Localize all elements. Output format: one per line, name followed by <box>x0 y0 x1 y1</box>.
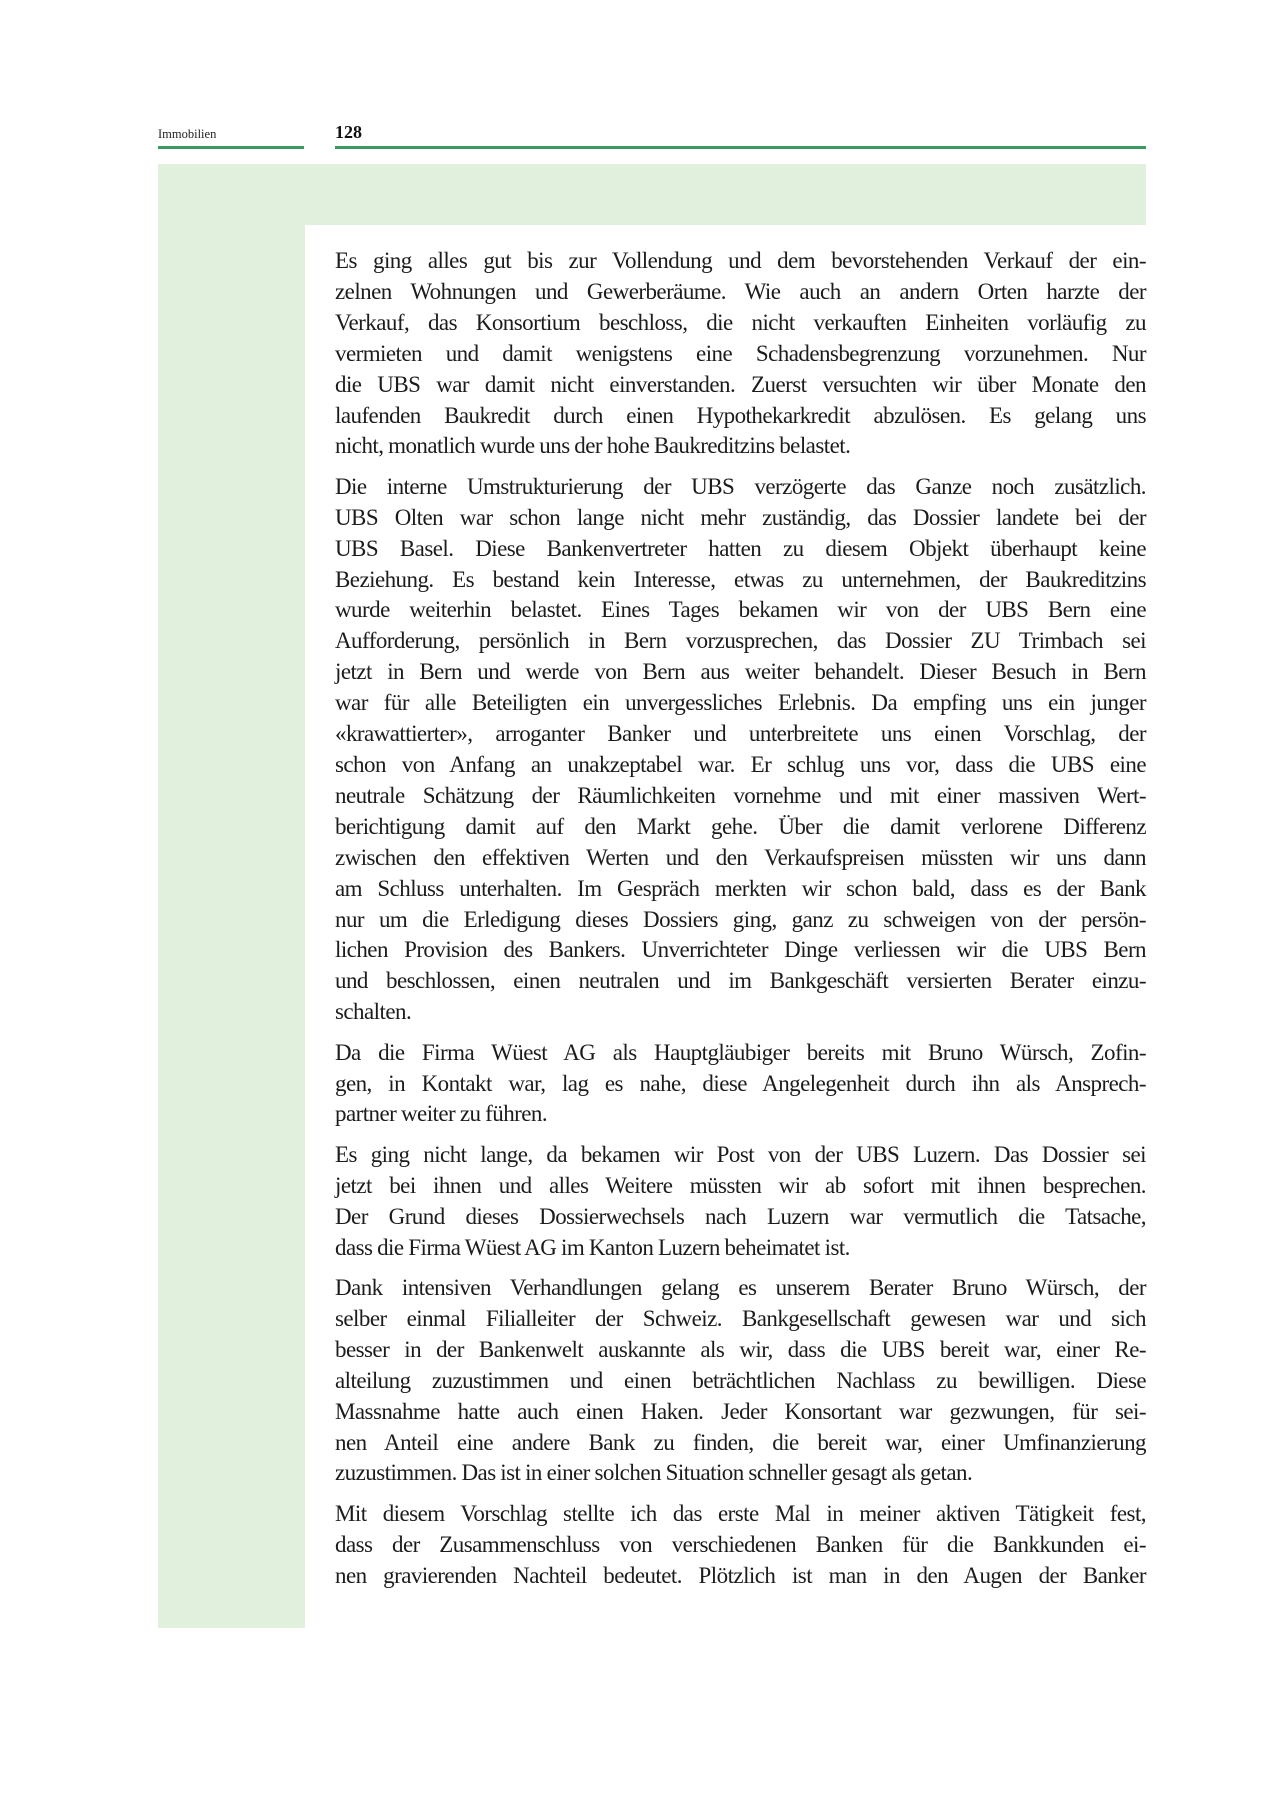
text-line: nur um die Erledigung dieses Dossiers gi… <box>335 905 1146 936</box>
text-line: Mit diesem Vorschlag stellte ich das ers… <box>335 1499 1146 1530</box>
text-line: war für alle Beteiligten ein unvergessli… <box>335 688 1146 719</box>
body-text: Es ging alles gut bis zur Vollendung und… <box>335 246 1146 1601</box>
text-line: zuzustimmen. Das ist in einer solchen Si… <box>335 1458 1146 1489</box>
text-line: UBS Olten war schon lange nicht mehr zus… <box>335 503 1146 534</box>
header-rule-left <box>158 146 304 149</box>
paragraph: Dank intensiven Verhandlungen gelang es … <box>335 1273 1146 1489</box>
text-line: nen Anteil eine andere Bank zu finden, d… <box>335 1428 1146 1459</box>
text-line: neutrale Schätzung der Räumlichkeiten vo… <box>335 781 1146 812</box>
text-line: jetzt bei ihnen und alles Weitere müsste… <box>335 1171 1146 1202</box>
text-line: lichen Provision des Bankers. Unverricht… <box>335 935 1146 966</box>
header-rule-right <box>335 146 1146 149</box>
section-label: Immobilien <box>158 127 216 142</box>
text-line: Aufforderung, persönlich in Bern vorzusp… <box>335 626 1146 657</box>
paragraph: Es ging alles gut bis zur Vollendung und… <box>335 246 1146 462</box>
text-line: schon von Anfang an unakzeptabel war. Er… <box>335 750 1146 781</box>
text-line: UBS Basel. Diese Bankenvertreter hatten … <box>335 534 1146 565</box>
text-line: berichtigung damit auf den Markt gehe. Ü… <box>335 812 1146 843</box>
text-line: nen gravierenden Nachteil bedeutet. Plöt… <box>335 1561 1146 1592</box>
decorative-green-band-margin <box>158 225 305 1628</box>
text-line: laufenden Baukredit durch einen Hypothek… <box>335 401 1146 432</box>
text-line: dass der Zusammenschluss von verschieden… <box>335 1530 1146 1561</box>
text-line: gen, in Kontakt war, lag es nahe, diese … <box>335 1069 1146 1100</box>
text-line: und beschlossen, einen neutralen und im … <box>335 966 1146 997</box>
text-line: besser in der Bankenwelt auskannte als w… <box>335 1335 1146 1366</box>
text-line: Da die Firma Wüest AG als Hauptgläubiger… <box>335 1038 1146 1069</box>
text-line: Es ging nicht lange, da bekamen wir Post… <box>335 1140 1146 1171</box>
text-line: die UBS war damit nicht einverstanden. Z… <box>335 370 1146 401</box>
text-line: selber einmal Filialleiter der Schweiz. … <box>335 1304 1146 1335</box>
text-line: nicht, monatlich wurde uns der hohe Bauk… <box>335 431 1146 462</box>
paragraph: Mit diesem Vorschlag stellte ich das ers… <box>335 1499 1146 1592</box>
text-line: am Schluss unterhalten. Im Gespräch merk… <box>335 874 1146 905</box>
text-line: Die interne Umstrukturierung der UBS ver… <box>335 472 1146 503</box>
paragraph: Es ging nicht lange, da bekamen wir Post… <box>335 1140 1146 1264</box>
text-line: «krawattierter», arroganter Banker und u… <box>335 719 1146 750</box>
text-line: wurde weiterhin belastet. Eines Tages be… <box>335 595 1146 626</box>
text-line: Es ging alles gut bis zur Vollendung und… <box>335 246 1146 277</box>
paragraph: Die interne Umstrukturierung der UBS ver… <box>335 472 1146 1028</box>
text-line: Dank intensiven Verhandlungen gelang es … <box>335 1273 1146 1304</box>
text-line: Beziehung. Es bestand kein Interesse, et… <box>335 565 1146 596</box>
text-line: alteilung zuzustimmen und einen beträcht… <box>335 1366 1146 1397</box>
text-line: zwischen den effektiven Werten und den V… <box>335 843 1146 874</box>
text-line: schalten. <box>335 997 1146 1028</box>
text-line: dass die Firma Wüest AG im Kanton Luzern… <box>335 1233 1146 1264</box>
decorative-green-band-top <box>158 164 1146 225</box>
text-line: partner weiter zu führen. <box>335 1099 1146 1130</box>
text-line: zelnen Wohnungen und Gewerberäume. Wie a… <box>335 277 1146 308</box>
text-line: Massnahme hatte auch einen Haken. Jeder … <box>335 1397 1146 1428</box>
text-line: Verkauf, das Konsortium beschloss, die n… <box>335 308 1146 339</box>
page-number: 128 <box>335 122 362 143</box>
text-line: vermieten und damit wenigstens eine Scha… <box>335 339 1146 370</box>
paragraph: Da die Firma Wüest AG als Hauptgläubiger… <box>335 1038 1146 1131</box>
text-line: Der Grund dieses Dossierwechsels nach Lu… <box>335 1202 1146 1233</box>
text-line: jetzt in Bern und werde von Bern aus wei… <box>335 657 1146 688</box>
